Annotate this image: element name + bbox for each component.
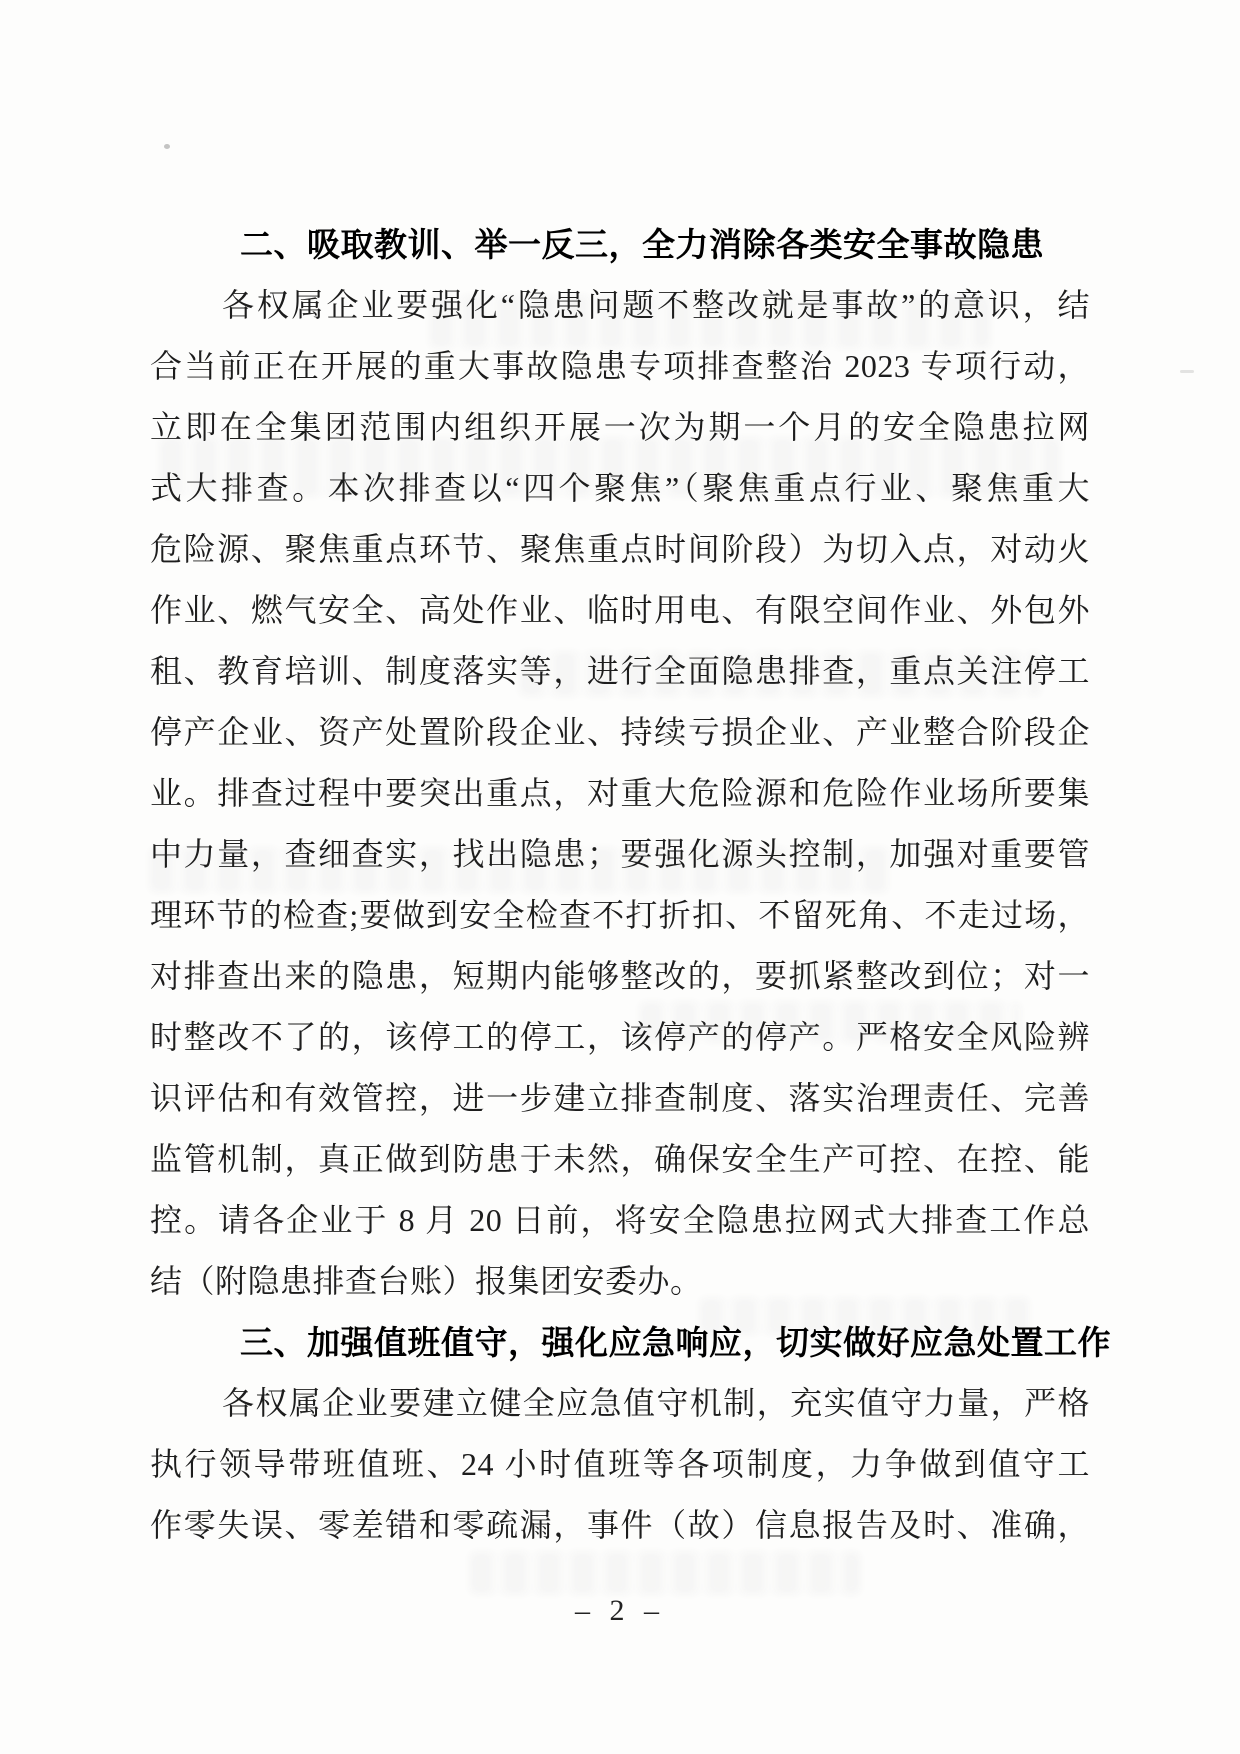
body-line: 对排查出来的隐患，短期内能够整改的，要抓紧整改到位；对一	[150, 946, 1090, 1007]
section-heading-2: 二、吸取教训、举一反三，全力消除各类安全事故隐患	[150, 214, 1090, 275]
body-line: 立即在全集团范围内组织开展一次为期一个月的安全隐患拉网	[150, 397, 1090, 458]
page-number: – 2 –	[0, 1594, 1240, 1628]
body-line: 各权属企业要建立健全应急值守机制，充实值守力量，严格	[150, 1373, 1090, 1434]
document-body: 二、吸取教训、举一反三，全力消除各类安全事故隐患 各权属企业要强化“隐患问题不整…	[150, 214, 1090, 1556]
body-line: 作零失误、零差错和零疏漏，事件（故）信息报告及时、准确，	[150, 1495, 1090, 1556]
body-line: 监管机制，真正做到防患于未然，确保安全生产可控、在控、能	[150, 1129, 1090, 1190]
body-line: 识评估和有效管控，进一步建立排查制度、落实治理责任、完善	[150, 1068, 1090, 1129]
body-line: 停产企业、资产处置阶段企业、持续亏损企业、产业整合阶段企	[150, 702, 1090, 763]
body-line: 合当前正在开展的重大事故隐患专项排查整治 2023 专项行动，	[150, 336, 1090, 397]
scan-speck-artifact	[164, 144, 170, 149]
body-line: 作业、燃气安全、高处作业、临时用电、有限空间作业、外包外	[150, 580, 1090, 641]
body-line: 危险源、聚焦重点环节、聚焦重点时间阶段）为切入点，对动火	[150, 519, 1090, 580]
body-line: 时整改不了的，该停工的停工，该停产的停产。严格安全风险辨	[150, 1007, 1090, 1068]
body-line: 中力量，查细查实，找出隐患；要强化源头控制，加强对重要管	[150, 824, 1090, 885]
body-line: 各权属企业要强化“隐患问题不整改就是事故”的意识，结	[150, 275, 1090, 336]
body-line: 式大排查。本次排查以“四个聚焦”（聚焦重点行业、聚焦重大	[150, 458, 1090, 519]
scanned-document-page: 二、吸取教训、举一反三，全力消除各类安全事故隐患 各权属企业要强化“隐患问题不整…	[0, 0, 1240, 1754]
body-line: 理环节的检查;要做到安全检查不打折扣、不留死角、不走过场，	[150, 885, 1090, 946]
body-line: 控。请各企业于 8 月 20 日前，将安全隐患拉网式大排查工作总	[150, 1190, 1090, 1251]
body-line: 执行领导带班值班、24 小时值班等各项制度，力争做到值守工	[150, 1434, 1090, 1495]
body-line: 租、教育培训、制度落实等，进行全面隐患排查，重点关注停工	[150, 641, 1090, 702]
scan-speck-artifact	[1180, 370, 1194, 373]
scan-bleedthrough-artifact	[470, 1552, 860, 1594]
body-line: 业。排查过程中要突出重点，对重大危险源和危险作业场所要集	[150, 763, 1090, 824]
section-heading-3: 三、加强值班值守，强化应急响应，切实做好应急处置工作	[150, 1312, 1090, 1373]
body-line: 结（附隐患排查台账）报集团安委办。	[150, 1251, 1090, 1312]
